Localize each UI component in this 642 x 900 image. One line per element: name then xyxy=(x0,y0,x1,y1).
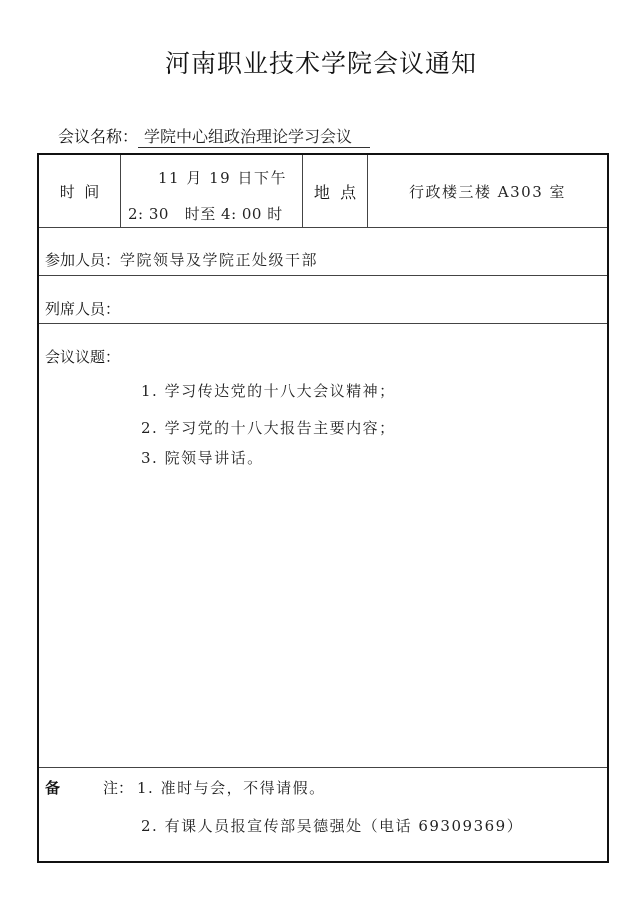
remarks-item-1: 1. 准时与会，不得请假。 xyxy=(137,777,326,798)
remarks-item-2: 2. 有课人员报宣传部吴德强处（电话 69309369） xyxy=(141,815,523,836)
time-line-2: 2: 30 时至 4: 00 时 xyxy=(128,203,283,224)
meeting-name-row: 会议名称：学院中心组政治理论学习会议 xyxy=(58,124,370,148)
agenda-item-3: 3. 院领导讲话。 xyxy=(141,447,264,468)
document-title: 河南职业技术学院会议通知 xyxy=(0,44,642,80)
attendees-row: 参加人员：学院领导及学院正处级干部 xyxy=(45,249,318,270)
agenda-item-2: 2. 学习党的十八大报告主要内容； xyxy=(141,417,396,438)
divider xyxy=(39,767,607,768)
remarks-label-1: 备 xyxy=(45,777,60,798)
time-label: 时 间 xyxy=(39,155,120,227)
attendees-value: 学院领导及学院正处级干部 xyxy=(120,251,318,269)
meeting-name-value: 学院中心组政治理论学习会议 xyxy=(138,127,370,148)
divider xyxy=(39,323,607,324)
divider xyxy=(39,227,607,228)
attendees-label: 参加人员： xyxy=(45,251,120,269)
divider xyxy=(39,275,607,276)
agenda-item-1: 1. 学习传达党的十八大会议精神； xyxy=(141,380,396,401)
location-label: 地 点 xyxy=(303,155,367,227)
time-line-1: 11 月 19 日下午 xyxy=(158,167,287,188)
agenda-label: 会议议题： xyxy=(45,346,120,367)
meeting-name-label: 会议名称： xyxy=(58,127,138,146)
observers-row: 列席人员： xyxy=(45,298,120,319)
remarks-label-2: 注： xyxy=(103,777,133,798)
divider xyxy=(120,155,121,228)
location-value: 行政楼三楼 A303 室 xyxy=(368,155,607,227)
observers-label: 列席人员： xyxy=(45,300,120,318)
notice-table: 时 间 11 月 19 日下午 2: 30 时至 4: 00 时 地 点 行政楼… xyxy=(37,153,609,863)
